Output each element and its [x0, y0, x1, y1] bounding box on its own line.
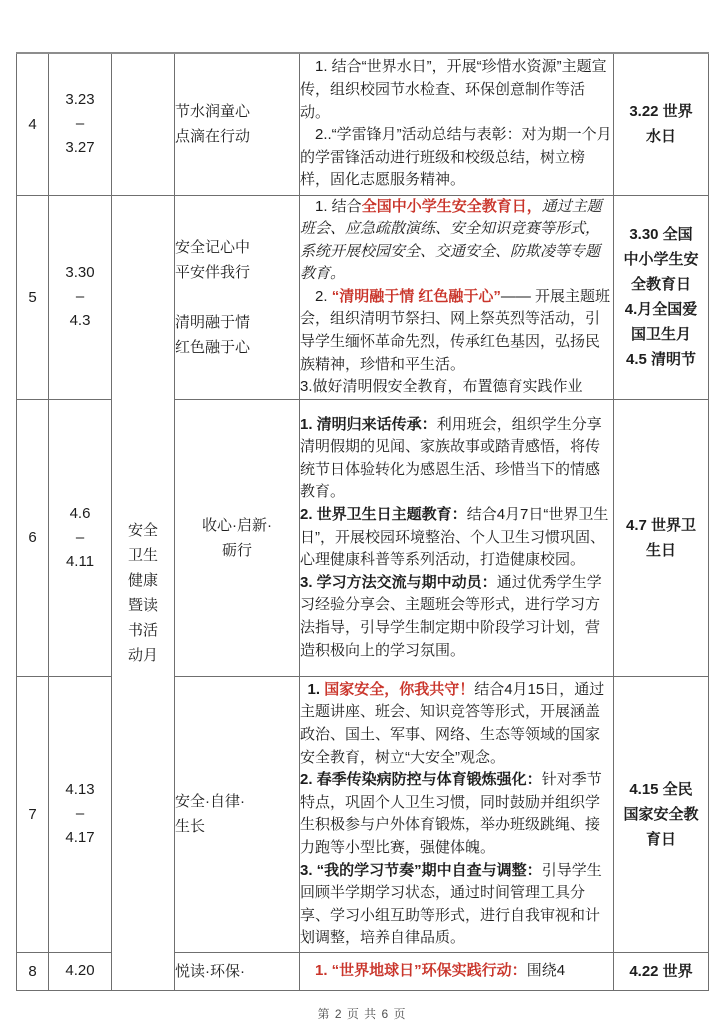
activities-cell: 1. 结合“世界水日”，开展“珍惜水资源”主题宣传，组织校园节水检查、环保创意制… [300, 53, 614, 195]
theme-cell: 安全·自律· 生长 [175, 676, 300, 952]
text-segment: 1. 结合“世界水日”，开展“珍惜水资源”主题宣传，组织校园节水检查、环保创意制… [300, 58, 607, 120]
schedule-row-4: 4 3.23 – 3.27 节水润童心 点滴在行动 1. 结合“世界水日”，开展… [17, 53, 709, 195]
text-segment: 国家安全，你我共守！ [324, 681, 474, 698]
content-paragraph: 3. “我的学习节奏”期中自查与调整：引导学生回顾半学期学习状态，通过时间管理工… [300, 860, 613, 950]
page-number-footer: 第 2 页 共 6 页 [0, 1005, 724, 1022]
month-empty-cell [112, 53, 175, 195]
content-paragraph: 3.做好清明假安全教育，布置德育实践作业 [300, 376, 613, 399]
text-segment: 1. 结合 [315, 198, 362, 215]
row-number-cell: 6 [17, 399, 49, 676]
content-paragraph: 3. 学习方法交流与期中动员：通过优秀学生学习经验分享会、主题班会等形式，进行学… [300, 572, 613, 662]
row-number-cell: 5 [17, 195, 49, 399]
text-segment: 1. [308, 681, 325, 698]
content-paragraph: 2. 春季传染病防控与体育锻炼强化：针对季节特点，巩固个人卫生习惯，同时鼓励并组… [300, 769, 613, 859]
content-paragraph: 1. 结合“世界水日”，开展“珍惜水资源”主题宣传，组织校园节水检查、环保创意制… [300, 56, 613, 124]
text-segment: 围绕4 [527, 962, 565, 979]
activities-cell: 1. “世界地球日”环保实践行动：围绕4 [300, 952, 614, 990]
date-range-cell: 4.6 – 4.11 [49, 399, 112, 676]
content-paragraph: 1. 结合全国中小学生安全教育日，通过主题班会、应急疏散演练、安全知识竞赛等形式… [300, 196, 613, 286]
date-range-cell: 3.23 – 3.27 [49, 53, 112, 195]
content-paragraph: 2..“学雷锋月”活动总结与表彰：对为期一个月的学雷锋活动进行班级和校级总结，树… [300, 124, 613, 192]
row-number-cell: 7 [17, 676, 49, 952]
activities-cell: 1. 国家安全，你我共守！结合4月15日，通过主题讲座、班会、知识竞答等形式，开… [300, 676, 614, 952]
text-segment: 3. “我的学习节奏”期中自查与调整： [300, 862, 542, 879]
theme-cell: 悦读·环保· [175, 952, 300, 990]
date-range-cell: 4.13 – 4.17 [49, 676, 112, 952]
activities-cell: 1. 清明归来话传承：利用班会，组织学生分享清明假期的见闻、家族故事或踏青感悟，… [300, 399, 614, 676]
key-dates-cell: 4.7 世界卫 生日 [614, 399, 709, 676]
date-range-cell: 4.20 [49, 952, 112, 990]
key-dates-cell: 3.30 全国 中小学生安 全教育日 4.月全国爱 国卫生月 4.5 清明节 [614, 195, 709, 399]
key-dates-cell: 4.15 全民 国家安全教 育日 [614, 676, 709, 952]
theme-cell: 收心·启新· 砺行 [175, 399, 300, 676]
theme-cell: 节水润童心 点滴在行动 [175, 53, 300, 195]
document-page: 4 3.23 – 3.27 节水润童心 点滴在行动 1. 结合“世界水日”，开展… [0, 0, 724, 1024]
row-number-cell: 8 [17, 952, 49, 990]
month-label: 安全卫生健康暨读书活动月 [126, 518, 160, 668]
month-span-cell: 安全卫生健康暨读书活动月 [112, 195, 175, 990]
text-segment: 1. 清明归来话传承： [300, 416, 437, 433]
text-segment: 全国中小学生安全教育日， [362, 198, 542, 215]
activities-cell: 1. 结合全国中小学生安全教育日，通过主题班会、应急疏散演练、安全知识竞赛等形式… [300, 195, 614, 399]
text-segment: 2. [315, 288, 332, 305]
content-paragraph: 2. “清明融于情 红色融于心”—— 开展主题班会，组织清明节祭扫、网上祭英烈等… [300, 286, 613, 376]
row-number-cell: 4 [17, 53, 49, 195]
key-dates-cell: 4.22 世界 [614, 952, 709, 990]
text-segment: “清明融于情 红色融于心” [332, 288, 501, 305]
content-paragraph: 2. 世界卫生日主题教育：结合4月7日“世界卫生日”，开展校园环境整治、个人卫生… [300, 504, 613, 572]
date-range-cell: 3.30 – 4.3 [49, 195, 112, 399]
text-segment: 2..“学雷锋月”活动总结与表彰：对为期一个月的学雷锋活动进行班级和校级总结，树… [300, 126, 612, 188]
key-dates-cell: 3.22 世界 水日 [614, 53, 709, 195]
content-paragraph: 1. “世界地球日”环保实践行动：围绕4 [300, 960, 613, 983]
text-segment: 3.做好清明假安全教育，布置德育实践作业 [300, 378, 583, 395]
content-paragraph: 1. 国家安全，你我共守！结合4月15日，通过主题讲座、班会、知识竞答等形式，开… [300, 679, 613, 769]
text-segment: 3. 学习方法交流与期中动员： [300, 574, 497, 591]
theme-cell: 安全记心中 平安伴我行 清明融于情 红色融于心 [175, 195, 300, 399]
schedule-row-5: 5 3.30 – 4.3 安全卫生健康暨读书活动月 安全记心中 平安伴我行 清明… [17, 195, 709, 399]
schedule-table: 4 3.23 – 3.27 节水润童心 点滴在行动 1. 结合“世界水日”，开展… [16, 52, 709, 991]
content-paragraph: 1. 清明归来话传承：利用班会，组织学生分享清明假期的见闻、家族故事或踏青感悟，… [300, 414, 613, 504]
text-segment: 2. 春季传染病防控与体育锻炼强化： [300, 771, 542, 788]
text-segment: 2. 世界卫生日主题教育： [300, 506, 467, 523]
text-segment: 1. “世界地球日”环保实践行动： [315, 962, 527, 979]
